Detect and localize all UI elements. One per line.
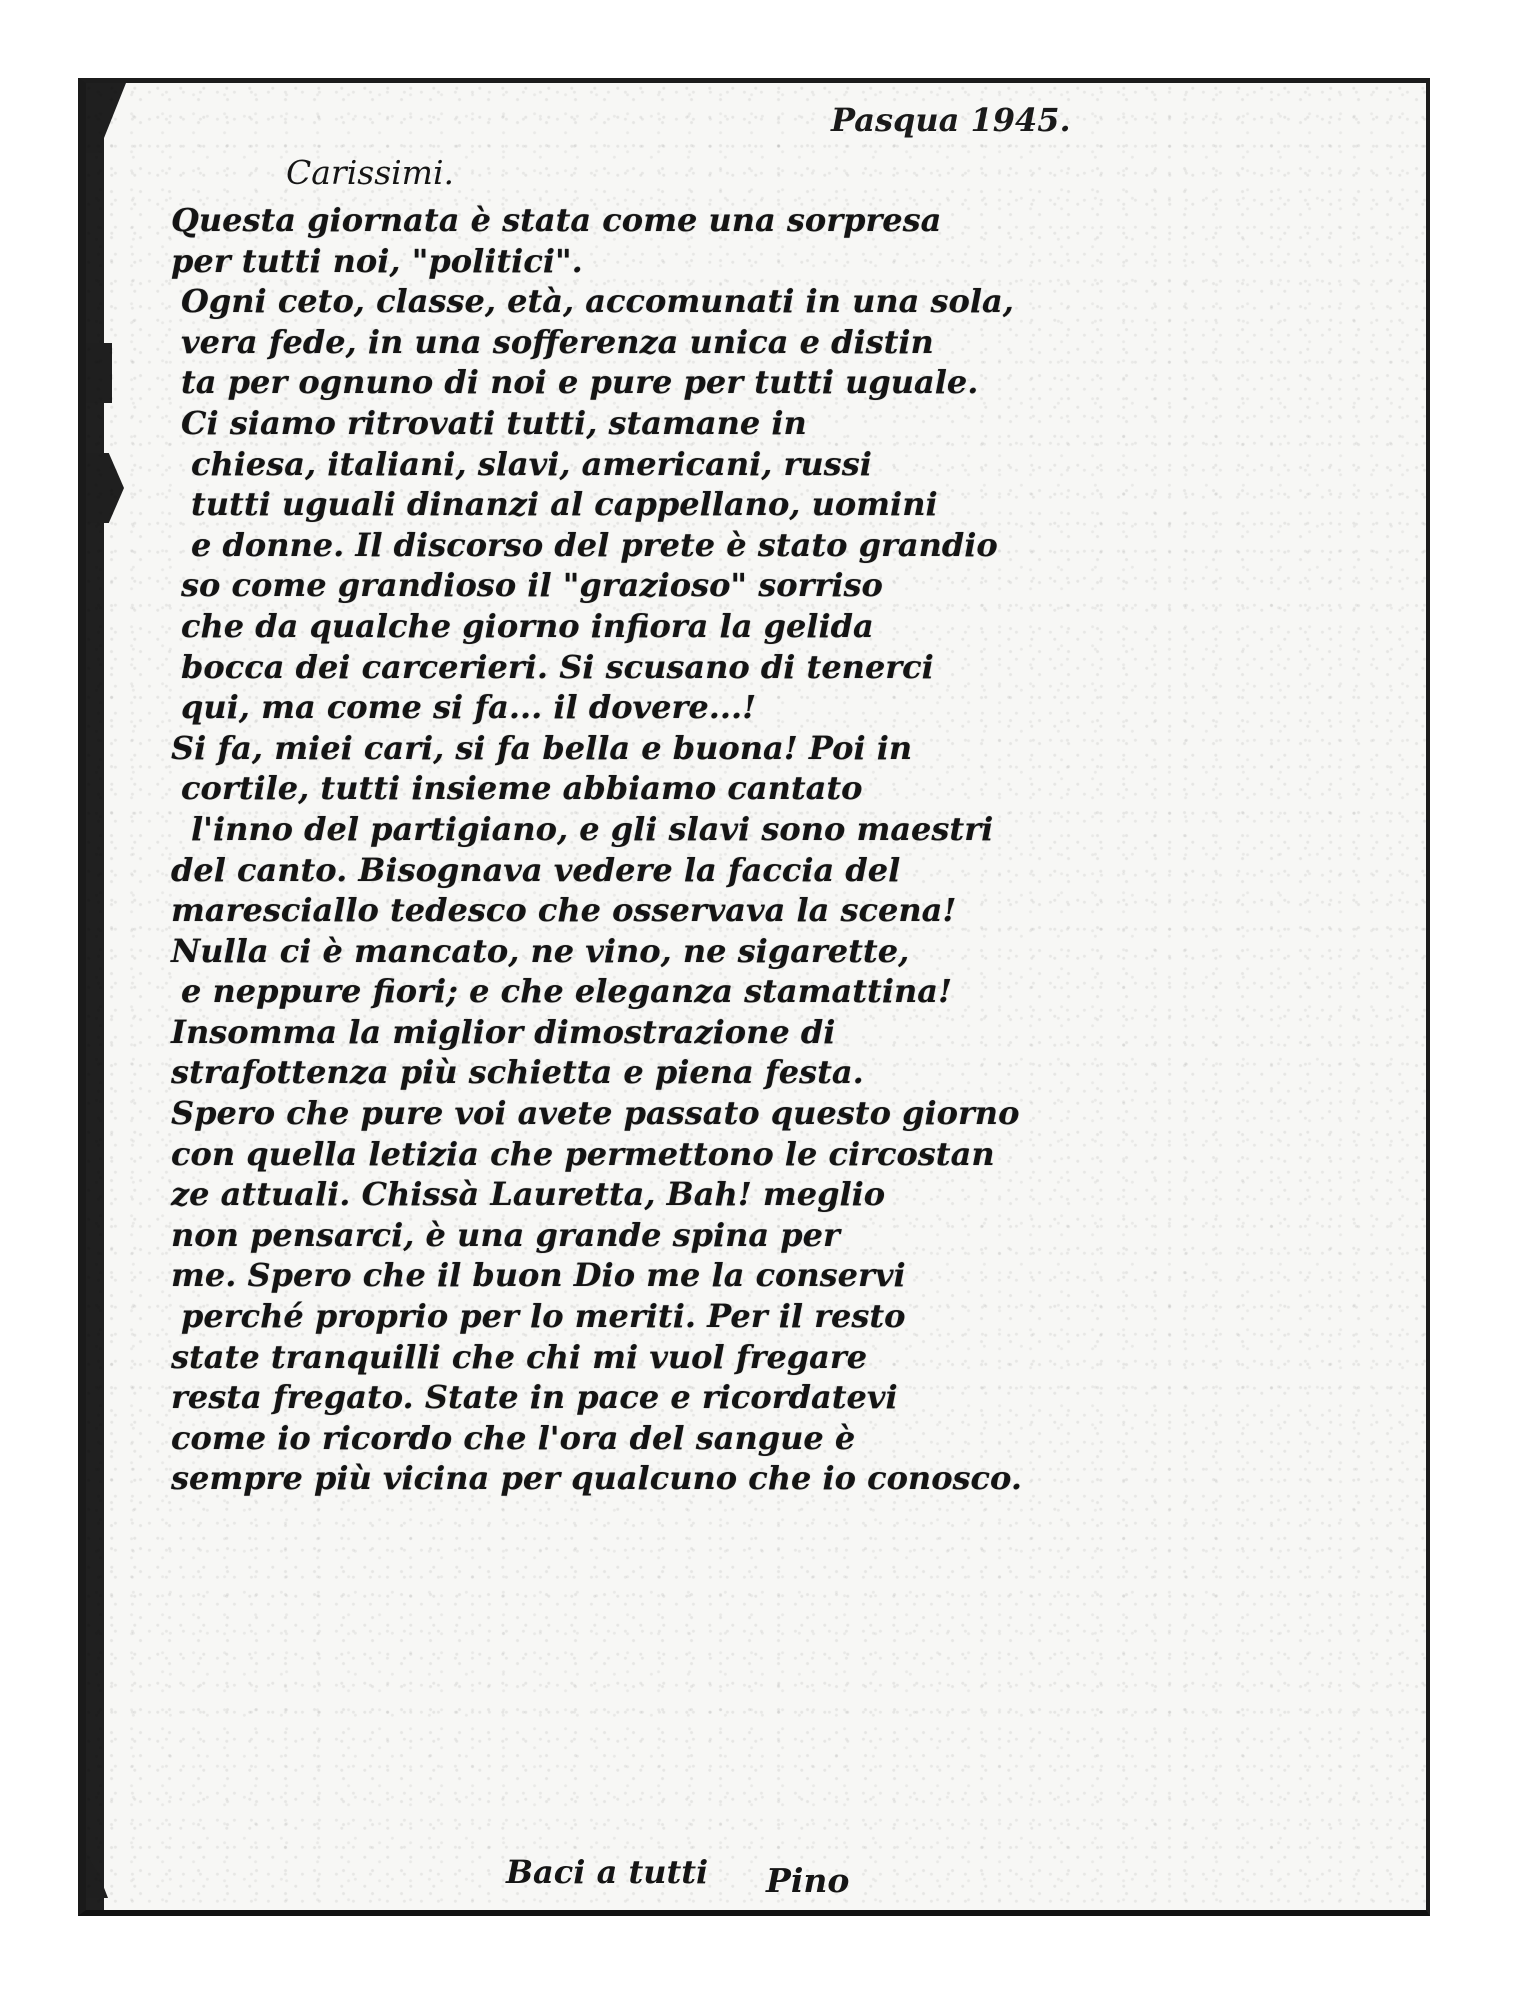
letter-line: Si fa, miei cari, si fa bella e buona! P… — [171, 729, 1421, 770]
letter-line: per tutti noi, "politici". — [171, 242, 1421, 283]
letter-line: sempre più vicina per qualcuno che io co… — [171, 1459, 1421, 1500]
letter-line: ta per ognuno di noi e pure per tutti ug… — [171, 363, 1421, 404]
letter-line: bocca dei carcerieri. Si scusano di tene… — [171, 648, 1421, 689]
letter-line: so come grandioso il "grazioso" sorriso — [171, 566, 1421, 607]
letter-line: del canto. Bisognava vedere la faccia de… — [171, 851, 1421, 892]
letter-line: come io ricordo che l'ora del sangue è — [171, 1419, 1421, 1460]
letter-line: Spero che pure voi avete passato questo … — [171, 1094, 1421, 1135]
letter-line: tutti uguali dinanzi al cappellano, uomi… — [171, 485, 1421, 526]
letter-line: maresciallo tedesco che osservava la sce… — [171, 891, 1421, 932]
letter-line: vera fede, in una sofferenza unica e dis… — [171, 323, 1421, 364]
letter-line: Questa giornata è stata come una sorpres… — [171, 201, 1421, 242]
letter-body: Questa giornata è stata come una sorpres… — [171, 201, 1421, 1500]
letter-line: me. Spero che il buon Dio me la conservi — [171, 1256, 1421, 1297]
letter-line: Insomma la miglior dimostrazione di — [171, 1013, 1421, 1054]
letter-line: e neppure fiori; e che eleganza stamatti… — [171, 972, 1421, 1013]
letter-scan: Pasqua 1945. Carissimi. Questa giornata … — [78, 78, 1430, 1916]
letter-line: non pensarci, è una grande spina per — [171, 1216, 1421, 1257]
letter-line: cortile, tutti insieme abbiamo cantato — [171, 769, 1421, 810]
letter-line: strafottenza più schietta e piena festa. — [171, 1053, 1421, 1094]
letter-line: l'inno del partigiano, e gli slavi sono … — [171, 810, 1421, 851]
letter-line: resta fregato. State in pace e ricordate… — [171, 1378, 1421, 1419]
letter-line: con quella letizia che permettono le cir… — [171, 1135, 1421, 1176]
letter-salutation: Carissimi. — [286, 153, 454, 192]
letter-line: e donne. Il discorso del prete è stato g… — [171, 526, 1421, 567]
letter-line: state tranquilli che chi mi vuol fregare — [171, 1338, 1421, 1379]
letter-line: Nulla ci è mancato, ne vino, ne sigarett… — [171, 932, 1421, 973]
letter-closing: Baci a tutti — [506, 1853, 708, 1891]
letter-date: Pasqua 1945. — [831, 101, 1071, 139]
letter-line: ze attuali. Chissà Lauretta, Bah! meglio — [171, 1175, 1421, 1216]
letter-line: chiesa, italiani, slavi, americani, russ… — [171, 445, 1421, 486]
letter-line: qui, ma come si fa... il dovere...! — [171, 688, 1421, 729]
letter-line: che da qualche giorno infiora la gelida — [171, 607, 1421, 648]
letter-signature: Pino — [766, 1861, 849, 1900]
letter-line: Ogni ceto, classe, età, accomunati in un… — [171, 282, 1421, 323]
letter-line: perché proprio per lo meriti. Per il res… — [171, 1297, 1421, 1338]
torn-edge-chunk — [86, 343, 112, 403]
letter-line: Ci siamo ritrovati tutti, stamane in — [171, 404, 1421, 445]
